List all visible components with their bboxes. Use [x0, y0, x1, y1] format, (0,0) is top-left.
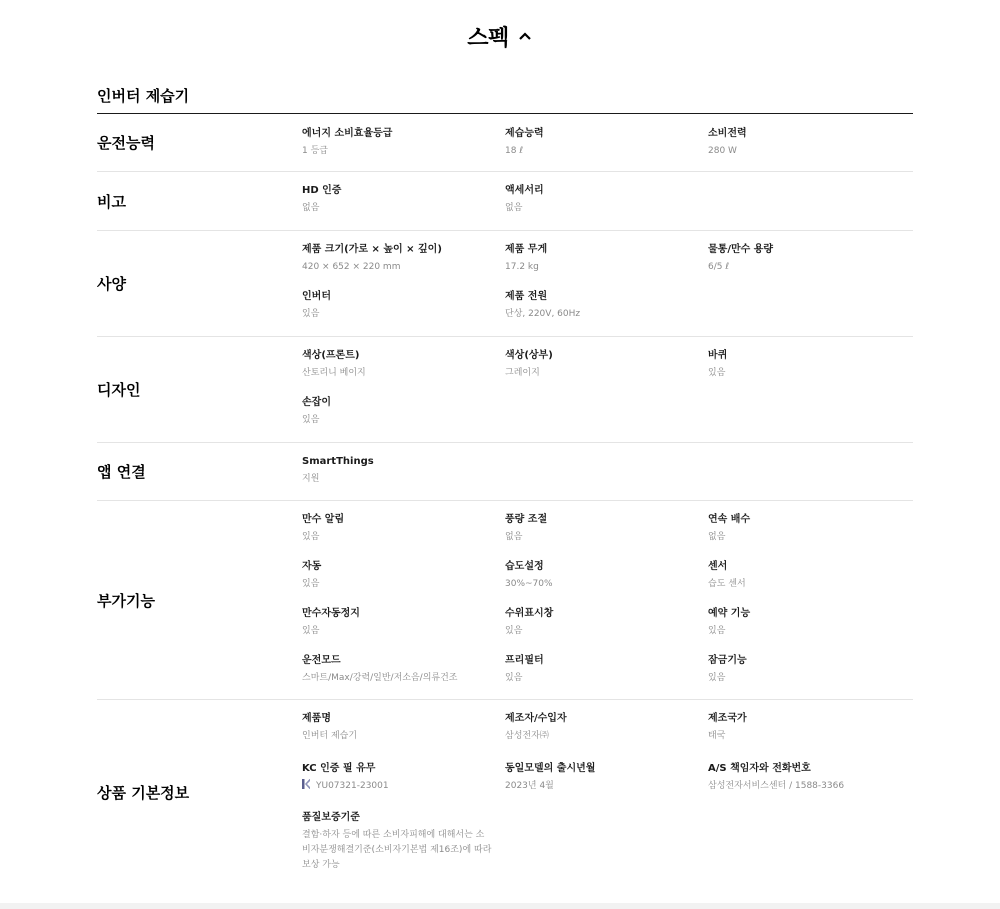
spec-value: 산토리니 베이지: [302, 364, 505, 383]
spec-label: 예약 기능: [708, 606, 911, 622]
spec-item: 운전모드 스마트/Max/강력/일반/저소음/의류건조: [302, 653, 505, 697]
spec-value-with-icon: YU07321-23001: [302, 777, 505, 796]
spec-value: 없음: [708, 528, 911, 547]
spec-value: 있음: [505, 669, 708, 688]
spec-label: 제품 무게: [505, 242, 708, 258]
spec-section-remarks: 비고 HD 인증 없음 액세서리 없음: [97, 172, 913, 231]
section-title: 운전능력: [97, 114, 302, 171]
spec-label: 색상(상부): [505, 348, 708, 364]
section-title: 사양: [97, 231, 302, 336]
spec-value: 있음: [505, 622, 708, 641]
spec-item: 제품 무게 17.2 kg: [505, 242, 708, 286]
spec-item: 바퀴 있음: [708, 348, 911, 392]
spec-label: 에너지 소비효율등급: [302, 126, 505, 142]
spec-value: 태국: [708, 727, 911, 746]
kc-cert-number: YU07321-23001: [316, 781, 389, 791]
spec-label: 센서: [708, 559, 911, 575]
spec-item: 제품 전원 단상, 220V, 60Hz: [505, 289, 708, 333]
spec-item: 습도설정 30%~70%: [505, 559, 708, 603]
spec-item: 액세서리 없음: [505, 183, 708, 227]
spec-item: 손잡이 있음: [302, 395, 505, 439]
spec-label: 손잡이: [302, 395, 505, 411]
spec-label: 잠금기능: [708, 653, 911, 669]
spec-label: 제품 크기(가로 × 높이 × 깊이): [302, 242, 505, 258]
spec-value: 30%~70%: [505, 575, 708, 594]
spec-value: 없음: [302, 199, 505, 218]
spec-item: 동일모델의 출시년월 2023년 4월: [505, 761, 708, 805]
spec-value: 있음: [708, 364, 911, 383]
spec-value: 6/5 ℓ: [708, 258, 911, 277]
spec-item: KC 인증 필 유무 YU07321-23001: [302, 761, 505, 805]
spec-item: 센서 습도 센서: [708, 559, 911, 603]
spec-value: 있음: [302, 411, 505, 430]
section-title: 부가기능: [97, 501, 302, 699]
spec-label: 소비전력: [708, 126, 911, 142]
spec-value: 18 ℓ: [505, 142, 708, 161]
spec-section-app-connection: 앱 연결 SmartThings 지원: [97, 443, 913, 501]
chevron-up-icon[interactable]: [517, 28, 533, 44]
spec-label: 풍량 조절: [505, 512, 708, 528]
spec-value: 스마트/Max/강력/일반/저소음/의류건조: [302, 669, 505, 688]
spec-item: 연속 배수 없음: [708, 512, 911, 556]
spec-item: 잠금기능 있음: [708, 653, 911, 697]
spec-value: 1 등급: [302, 142, 505, 161]
spec-label: 제조자/수입자: [505, 711, 708, 727]
spec-value: 삼성전자서비스센터 / 1588-3366: [708, 777, 911, 796]
spec-value: 결함·하자 등에 따른 소비자피해에 대해서는 소비자분쟁해결기준(소비자기본법…: [302, 828, 492, 873]
spec-label: 수위표시창: [505, 606, 708, 622]
section-title: 비고: [97, 172, 302, 230]
spec-value: 280 W: [708, 142, 911, 161]
section-title: 앱 연결: [97, 443, 302, 500]
spec-item: 예약 기능 있음: [708, 606, 911, 650]
spec-label: 제습능력: [505, 126, 708, 142]
spec-value: 있음: [302, 575, 505, 594]
spec-label: 연속 배수: [708, 512, 911, 528]
spec-item: 물통/만수 용량 6/5 ℓ: [708, 242, 911, 286]
spec-value: 17.2 kg: [505, 258, 708, 277]
spec-item: SmartThings 지원: [302, 454, 505, 498]
spec-value: 있음: [708, 622, 911, 641]
spec-value: 지원: [302, 470, 505, 489]
spec-title: 스펙: [467, 21, 509, 52]
spec-value: 2023년 4월: [505, 777, 708, 796]
spec-section-basic-info: 상품 기본정보 제품명 인버터 제습기 제조자/수입자 삼성전자㈜ 제조국가 태…: [97, 700, 913, 884]
spec-label: 운전모드: [302, 653, 505, 669]
spec-value: 있음: [708, 669, 911, 688]
spec-item: A/S 책임자와 전화번호 삼성전자서비스센터 / 1588-3366: [708, 761, 911, 805]
spec-item: HD 인증 없음: [302, 183, 505, 227]
spec-item: 풍량 조절 없음: [505, 512, 708, 556]
section-title: 디자인: [97, 337, 302, 442]
spec-item: 수위표시창 있음: [505, 606, 708, 650]
spec-label: 인버터: [302, 289, 505, 305]
product-title: 인버터 제습기: [97, 85, 189, 106]
spec-value: 삼성전자㈜: [505, 727, 708, 746]
spec-label: 색상(프론트): [302, 348, 505, 364]
spec-item: 만수자동정지 있음: [302, 606, 505, 650]
spec-label: 자동: [302, 559, 505, 575]
spec-item: 제조국가 태국: [708, 711, 911, 755]
spec-label: HD 인증: [302, 183, 505, 199]
spec-label: KC 인증 필 유무: [302, 761, 505, 777]
spec-item: 제품명 인버터 제습기: [302, 711, 505, 755]
kc-mark-icon: [302, 779, 310, 789]
spec-item: 소비전력 280 W: [708, 126, 911, 170]
spec-item: 제품 크기(가로 × 높이 × 깊이) 420 × 652 × 220 mm: [302, 242, 505, 286]
spec-item: 프리필터 있음: [505, 653, 708, 697]
spec-value: 습도 센서: [708, 575, 911, 594]
spec-label: A/S 책임자와 전화번호: [708, 761, 911, 777]
spec-section-extra-features: 부가기능 만수 알림 있음 풍량 조절 없음 연속 배수 없음 자동 있음 습도…: [97, 501, 913, 700]
spec-label: 물통/만수 용량: [708, 242, 911, 258]
spec-label: 습도설정: [505, 559, 708, 575]
spec-value: 있음: [302, 622, 505, 641]
spec-label: 프리필터: [505, 653, 708, 669]
spec-label: 만수자동정지: [302, 606, 505, 622]
spec-section-specs: 사양 제품 크기(가로 × 높이 × 깊이) 420 × 652 × 220 m…: [97, 231, 913, 337]
spec-header[interactable]: 스펙: [0, 18, 1000, 54]
spec-label: 품질보증기준: [302, 810, 505, 826]
spec-label: 제품명: [302, 711, 505, 727]
spec-label: 동일모델의 출시년월: [505, 761, 708, 777]
spec-item: 제조자/수입자 삼성전자㈜: [505, 711, 708, 755]
spec-item: 인버터 있음: [302, 289, 505, 333]
spec-value: 인버터 제습기: [302, 727, 505, 746]
spec-value: 없음: [505, 528, 708, 547]
spec-item: 자동 있음: [302, 559, 505, 603]
spec-item: 제습능력 18 ℓ: [505, 126, 708, 170]
spec-label: SmartThings: [302, 454, 505, 470]
footer-divider: [0, 903, 1000, 909]
spec-value: 있음: [302, 305, 505, 324]
spec-item: 색상(상부) 그레이지: [505, 348, 708, 392]
spec-label: 액세서리: [505, 183, 708, 199]
spec-label: 만수 알림: [302, 512, 505, 528]
spec-item: 에너지 소비효율등급 1 등급: [302, 126, 505, 170]
section-title: 상품 기본정보: [97, 700, 302, 884]
spec-label: 제조국가: [708, 711, 911, 727]
spec-value: 420 × 652 × 220 mm: [302, 258, 505, 277]
spec-section-design: 디자인 색상(프론트) 산토리니 베이지 색상(상부) 그레이지 바퀴 있음 손…: [97, 337, 913, 443]
spec-value: 그레이지: [505, 364, 708, 383]
spec-value: 없음: [505, 199, 708, 218]
spec-section-operation: 운전능력 에너지 소비효율등급 1 등급 제습능력 18 ℓ 소비전력 280 …: [97, 114, 913, 172]
spec-item: 색상(프론트) 산토리니 베이지: [302, 348, 505, 392]
spec-value: 있음: [302, 528, 505, 547]
spec-table: 운전능력 에너지 소비효율등급 1 등급 제습능력 18 ℓ 소비전력 280 …: [97, 113, 913, 884]
spec-item: 품질보증기준 결함·하자 등에 따른 소비자피해에 대해서는 소비자분쟁해결기준…: [302, 810, 505, 876]
spec-value: 단상, 220V, 60Hz: [505, 305, 708, 324]
spec-label: 제품 전원: [505, 289, 708, 305]
spec-label: 바퀴: [708, 348, 911, 364]
spec-item: 만수 알림 있음: [302, 512, 505, 556]
